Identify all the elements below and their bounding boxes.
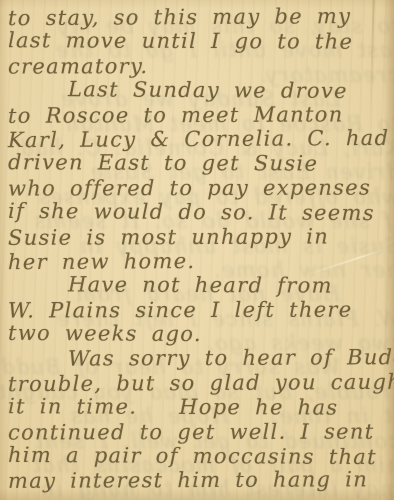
- letter-line: driven East to get Susie: [8, 151, 394, 177]
- letter-line: it in time. Hope he has: [8, 394, 394, 420]
- letter-line: to Roscoe to meet Manton: [8, 102, 394, 128]
- letter-line: Was sorry to hear of Buddy's: [8, 346, 394, 372]
- letter-page: to stay, so this may be mylast move unti…: [0, 0, 394, 500]
- letter-line: him a pair of moccasins that: [8, 443, 394, 470]
- letter-line: last move until I go to the: [8, 29, 394, 55]
- letter-line: to stay, so this may be my: [8, 4, 394, 31]
- letter-line: who offered to pay expenses: [8, 175, 394, 200]
- letter-line: Last Sunday we drove: [8, 77, 394, 104]
- letter-line: trouble, but so glad you caught: [8, 370, 394, 397]
- letter-line: continued to get well. I sent: [8, 419, 394, 444]
- letter-body: to stay, so this may be mylast move unti…: [8, 5, 394, 493]
- letter-line: two weeks ago.: [8, 321, 394, 348]
- letter-line: creamatory.: [8, 53, 394, 78]
- letter-line: her new home.: [8, 248, 394, 275]
- letter-line: Have not heard from: [8, 272, 394, 298]
- letter-line: Karl, Lucy & Cornelia. C. had: [8, 126, 394, 153]
- letter-line: W. Plains since I left there: [8, 297, 394, 322]
- letter-line: if she would do so. It seems: [8, 199, 394, 226]
- letter-line: Susie is most unhappy in: [8, 224, 394, 250]
- letter-line: may interest him to hang in: [8, 468, 394, 494]
